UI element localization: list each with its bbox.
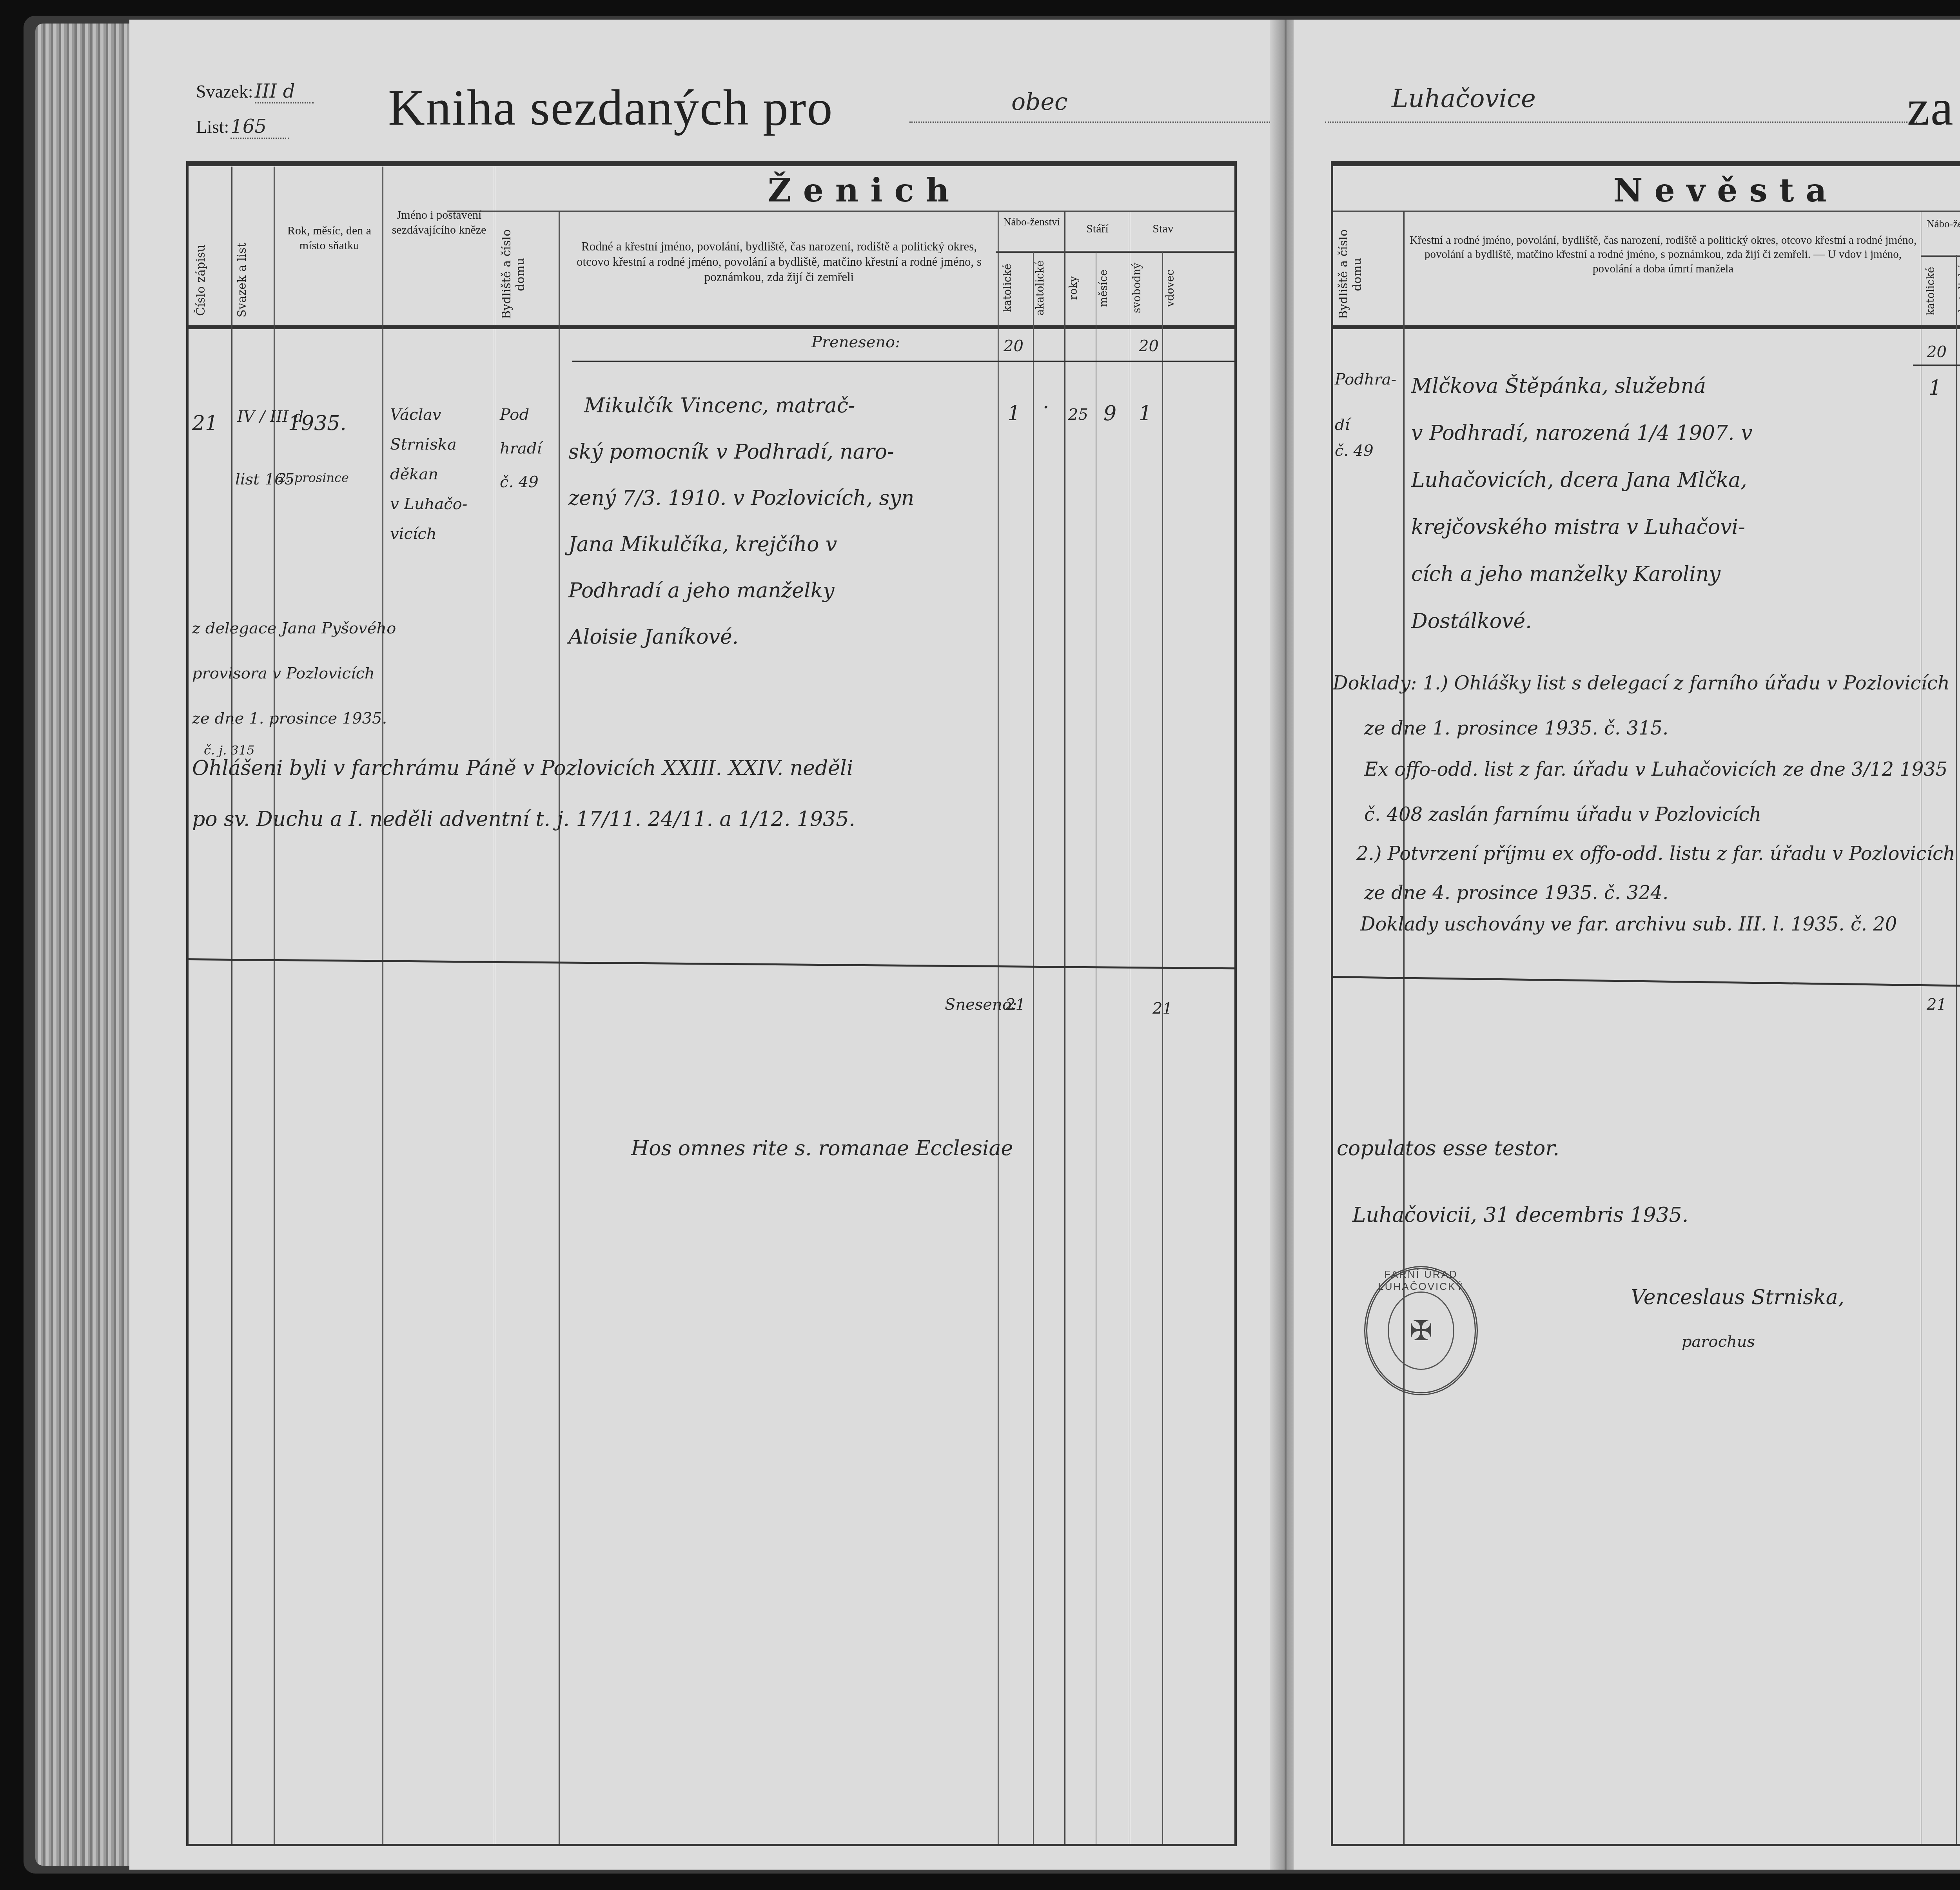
svazek-value: III d — [255, 80, 314, 103]
title-fill-obec: obec — [1011, 88, 1068, 116]
left-page: Svazek: III d List: 165 Kniha sezdaných … — [129, 20, 1278, 1870]
groom-line: zený 7/3. 1910. v Pozlovicích, syn — [568, 486, 980, 533]
header-bydliste: Bydliště a číslo domu — [500, 227, 555, 321]
knez-line: Václav — [390, 406, 492, 424]
delegace-line: č. j. 315 — [204, 743, 517, 758]
totals-groom-katolicke: 21 — [1005, 996, 1025, 1014]
list-value: 165 — [230, 116, 289, 139]
svazek-field: Svazek: III d — [196, 80, 314, 103]
groom-roky: 25 — [1068, 406, 1088, 424]
col-divider — [494, 167, 495, 1844]
title-fill-line — [1325, 122, 1917, 123]
header-akatolicke: akatolické — [1034, 255, 1065, 321]
knez-line: vicích — [390, 525, 492, 543]
bride-line: Mlčkova Štěpánka, služebná — [1411, 374, 1917, 421]
col-divider — [1033, 251, 1034, 1844]
col-divider — [559, 212, 560, 1844]
svazek-label: Svazek: — [196, 82, 253, 102]
bride-line: krejčovského mistra v Luhačovi- — [1411, 515, 1917, 562]
header-nabozenstvi: Nábo-ženství — [1924, 218, 1960, 231]
delegace-line: provisora v Pozlovicích — [192, 664, 506, 709]
bydliste-line: Podhra- — [1335, 370, 1401, 388]
totals-bride-katolicke: 21 — [1927, 996, 1947, 1014]
col-divider — [1921, 212, 1922, 1844]
groom-line: Podhradí a jeho manželky — [568, 579, 980, 625]
bride-line: cích a jeho manželky Karoliny — [1411, 562, 1917, 609]
col-divider — [1096, 251, 1096, 1844]
entry-groom-details: Mikulčík Vincenc, matrač- ský pomocník v… — [584, 394, 996, 671]
bride-line: v Podhradí, narozená 1/4 1907. v — [1411, 421, 1917, 468]
carried-groom-svobodny: 20 — [1139, 337, 1159, 355]
bydliste-line: č. 49 — [500, 473, 557, 491]
closing-right-text: copulatos esse testor. — [1337, 1137, 1559, 1160]
bride-katolicke: 1 — [1929, 376, 1942, 400]
right-page: Luhačovice za rok 1935 Nevěsta Svědci By… — [1294, 20, 1960, 1870]
entry-groom-bydliste: Pod hradí č. 49 — [500, 406, 557, 491]
entry-bride-bydliste: Podhra- dí č. 49 — [1335, 370, 1401, 460]
stamp-text: FARNÍ ÚŘAD LUHAČOVICKÝ — [1367, 1268, 1475, 1293]
header-vdovec: vdovec — [1164, 255, 1195, 321]
entry-delegace: z delegace Jana Pyšového provisora v Poz… — [192, 619, 506, 758]
header-jmeno-knez: Jméno i postavení sezdávajícího kněze — [388, 208, 490, 237]
header-katolicke: katolické — [1925, 259, 1955, 323]
closing-left-text: Hos omnes rite s. romanae Ecclesiae — [631, 1137, 1013, 1160]
groom-katolicke: 1 — [1007, 402, 1020, 425]
doklady-line: ze dne 4. prosince 1935. č. 324. — [1364, 882, 1960, 913]
closing-title: parochus — [1682, 1333, 1755, 1351]
header-bottom-rule — [188, 325, 1235, 329]
doklady-line: Doklady uschovány ve far. archivu sub. I… — [1360, 913, 1960, 935]
left-page-edges — [35, 24, 129, 1866]
carried-bride-katolicke: 20 — [1927, 343, 1947, 361]
header-rodne-jmeno: Rodné a křestní jméno, povolání, bydlišt… — [564, 239, 994, 285]
delegace-line: z delegace Jana Pyšového — [192, 619, 506, 664]
col-divider — [382, 167, 383, 1844]
entry-knez: Václav Strniska děkan v Luhačo- vicích — [390, 406, 492, 543]
header-svobodny: svobodný — [1131, 255, 1161, 321]
carried-forward-label: Preneseno: — [811, 333, 900, 351]
col-divider — [1956, 255, 1957, 1844]
header-bydliste: Bydliště a číslo domu — [1337, 227, 1399, 321]
list-label: List: — [196, 117, 229, 137]
carried-groom-katolicke: 20 — [1004, 337, 1024, 355]
section-zenich: Ženich — [498, 170, 1231, 211]
stamp-emblem-icon: ✠ — [1388, 1291, 1454, 1370]
doklady-line: Doklady: 1.) Ohlášky list s delegací z f… — [1333, 672, 1960, 717]
knez-line: v Luhačo- — [390, 495, 492, 513]
carried-forward-rule — [1913, 365, 1960, 366]
entry-cislo: 21 — [192, 412, 218, 435]
groom-line: ský pomocník v Podhradí, naro- — [568, 440, 980, 486]
closing-place-date: Luhačovicii, 31 decembris 1935. — [1352, 1203, 1688, 1227]
carried-forward-rule — [572, 361, 1235, 362]
section-nevesta: Nevěsta — [1337, 170, 1960, 211]
col-divider — [1403, 212, 1405, 1844]
header-stari: Stáří — [1067, 221, 1128, 236]
header-akatolicke: akatolické — [1957, 259, 1960, 323]
title-fill-line — [909, 122, 1270, 123]
header-bottom-rule — [1333, 325, 1960, 329]
groom-line: Aloisie Janíkové. — [568, 625, 980, 671]
col-divider — [231, 167, 232, 1844]
groom-line: Jana Mikulčíka, krejčího v — [568, 533, 980, 579]
bride-line: Dostálkové. — [1411, 609, 1917, 657]
header-katolicke: katolické — [1002, 255, 1032, 321]
col-divider — [998, 212, 999, 1844]
bydliste-line: dí — [1335, 416, 1401, 434]
header-rok-mesic: Rok, měsíc, den a místo sňatku — [278, 223, 380, 253]
header-stav: Stav — [1132, 221, 1194, 236]
col-divider — [1064, 212, 1065, 1844]
subheader-divider — [1921, 255, 1960, 257]
header-nabozenstvi: Nábo-ženství — [1000, 216, 1063, 229]
groom-svobodny: 1 — [1139, 402, 1152, 425]
bydliste-line: Pod — [500, 406, 557, 424]
entry-bride-details: Mlčkova Štěpánka, služebná v Podhradí, n… — [1411, 374, 1917, 657]
doklady-line: Ex offo-odd. list z far. úřadu v Luhačov… — [1364, 758, 1960, 804]
delegace-line: ze dne 1. prosince 1935. — [192, 709, 506, 743]
list-field: List: 165 — [196, 116, 289, 139]
doklady-line: č. 408 zaslán farnímu úřadu v Pozlovicíc… — [1364, 804, 1960, 843]
entry-ohlaseni: Ohlášeni byli v farchrámu Páně v Pozlovi… — [192, 756, 1231, 831]
title-fill-luhacovice: Luhačovice — [1392, 84, 1536, 113]
header-svazek-list: Svazek a list — [235, 239, 270, 321]
bride-line: Luhačovicích, dcera Jana Mlčka, — [1411, 468, 1917, 515]
knez-line: děkan — [390, 465, 492, 483]
closing-signature: Venceslaus Strniska, — [1631, 1286, 1844, 1309]
header-mesice: měsíce — [1098, 255, 1128, 321]
page-title: Kniha sezdaných pro — [388, 78, 833, 137]
year-label: za rok — [1907, 78, 1960, 137]
header-krestni-jmeno: Křestní a rodné jméno, povolání, bydlišt… — [1409, 233, 1917, 276]
header-cislo-zapisu: Číslo zápisu — [194, 239, 229, 321]
col-divider — [1129, 212, 1130, 1844]
subheader-divider — [996, 251, 1235, 253]
parish-stamp: FARNÍ ÚŘAD LUHAČOVICKÝ ✠ — [1364, 1266, 1478, 1395]
entry-rok: 1935. — [288, 412, 347, 435]
entry-datum: 2. prosince — [278, 470, 349, 485]
ohlaseni-line: po sv. Duchu a I. neděli adventní t. j. … — [192, 807, 1231, 831]
totals-groom-svobodny: 21 — [1152, 999, 1172, 1018]
col-divider — [1162, 251, 1163, 1844]
ohlaseni-line: Ohlášeni byli v farchrámu Páně v Pozlovi… — [192, 756, 1231, 807]
bydliste-line: hradí — [500, 439, 557, 457]
groom-akatolicke: · — [1043, 396, 1049, 419]
doklady-line: ze dne 1. prosince 1935. č. 315. — [1364, 717, 1960, 758]
bydliste-line: č. 49 — [1335, 442, 1401, 460]
doklady-line: 2.) Potvrzení příjmu ex offo-odd. listu … — [1356, 843, 1960, 882]
groom-line: Mikulčík Vincenc, matrač- — [584, 394, 996, 440]
header-roky: roky — [1067, 255, 1095, 321]
knez-line: Strniska — [390, 435, 492, 453]
groom-mesice: 9 — [1103, 402, 1116, 425]
entry-doklady: Doklady: 1.) Ohlášky list s delegací z f… — [1333, 672, 1960, 935]
